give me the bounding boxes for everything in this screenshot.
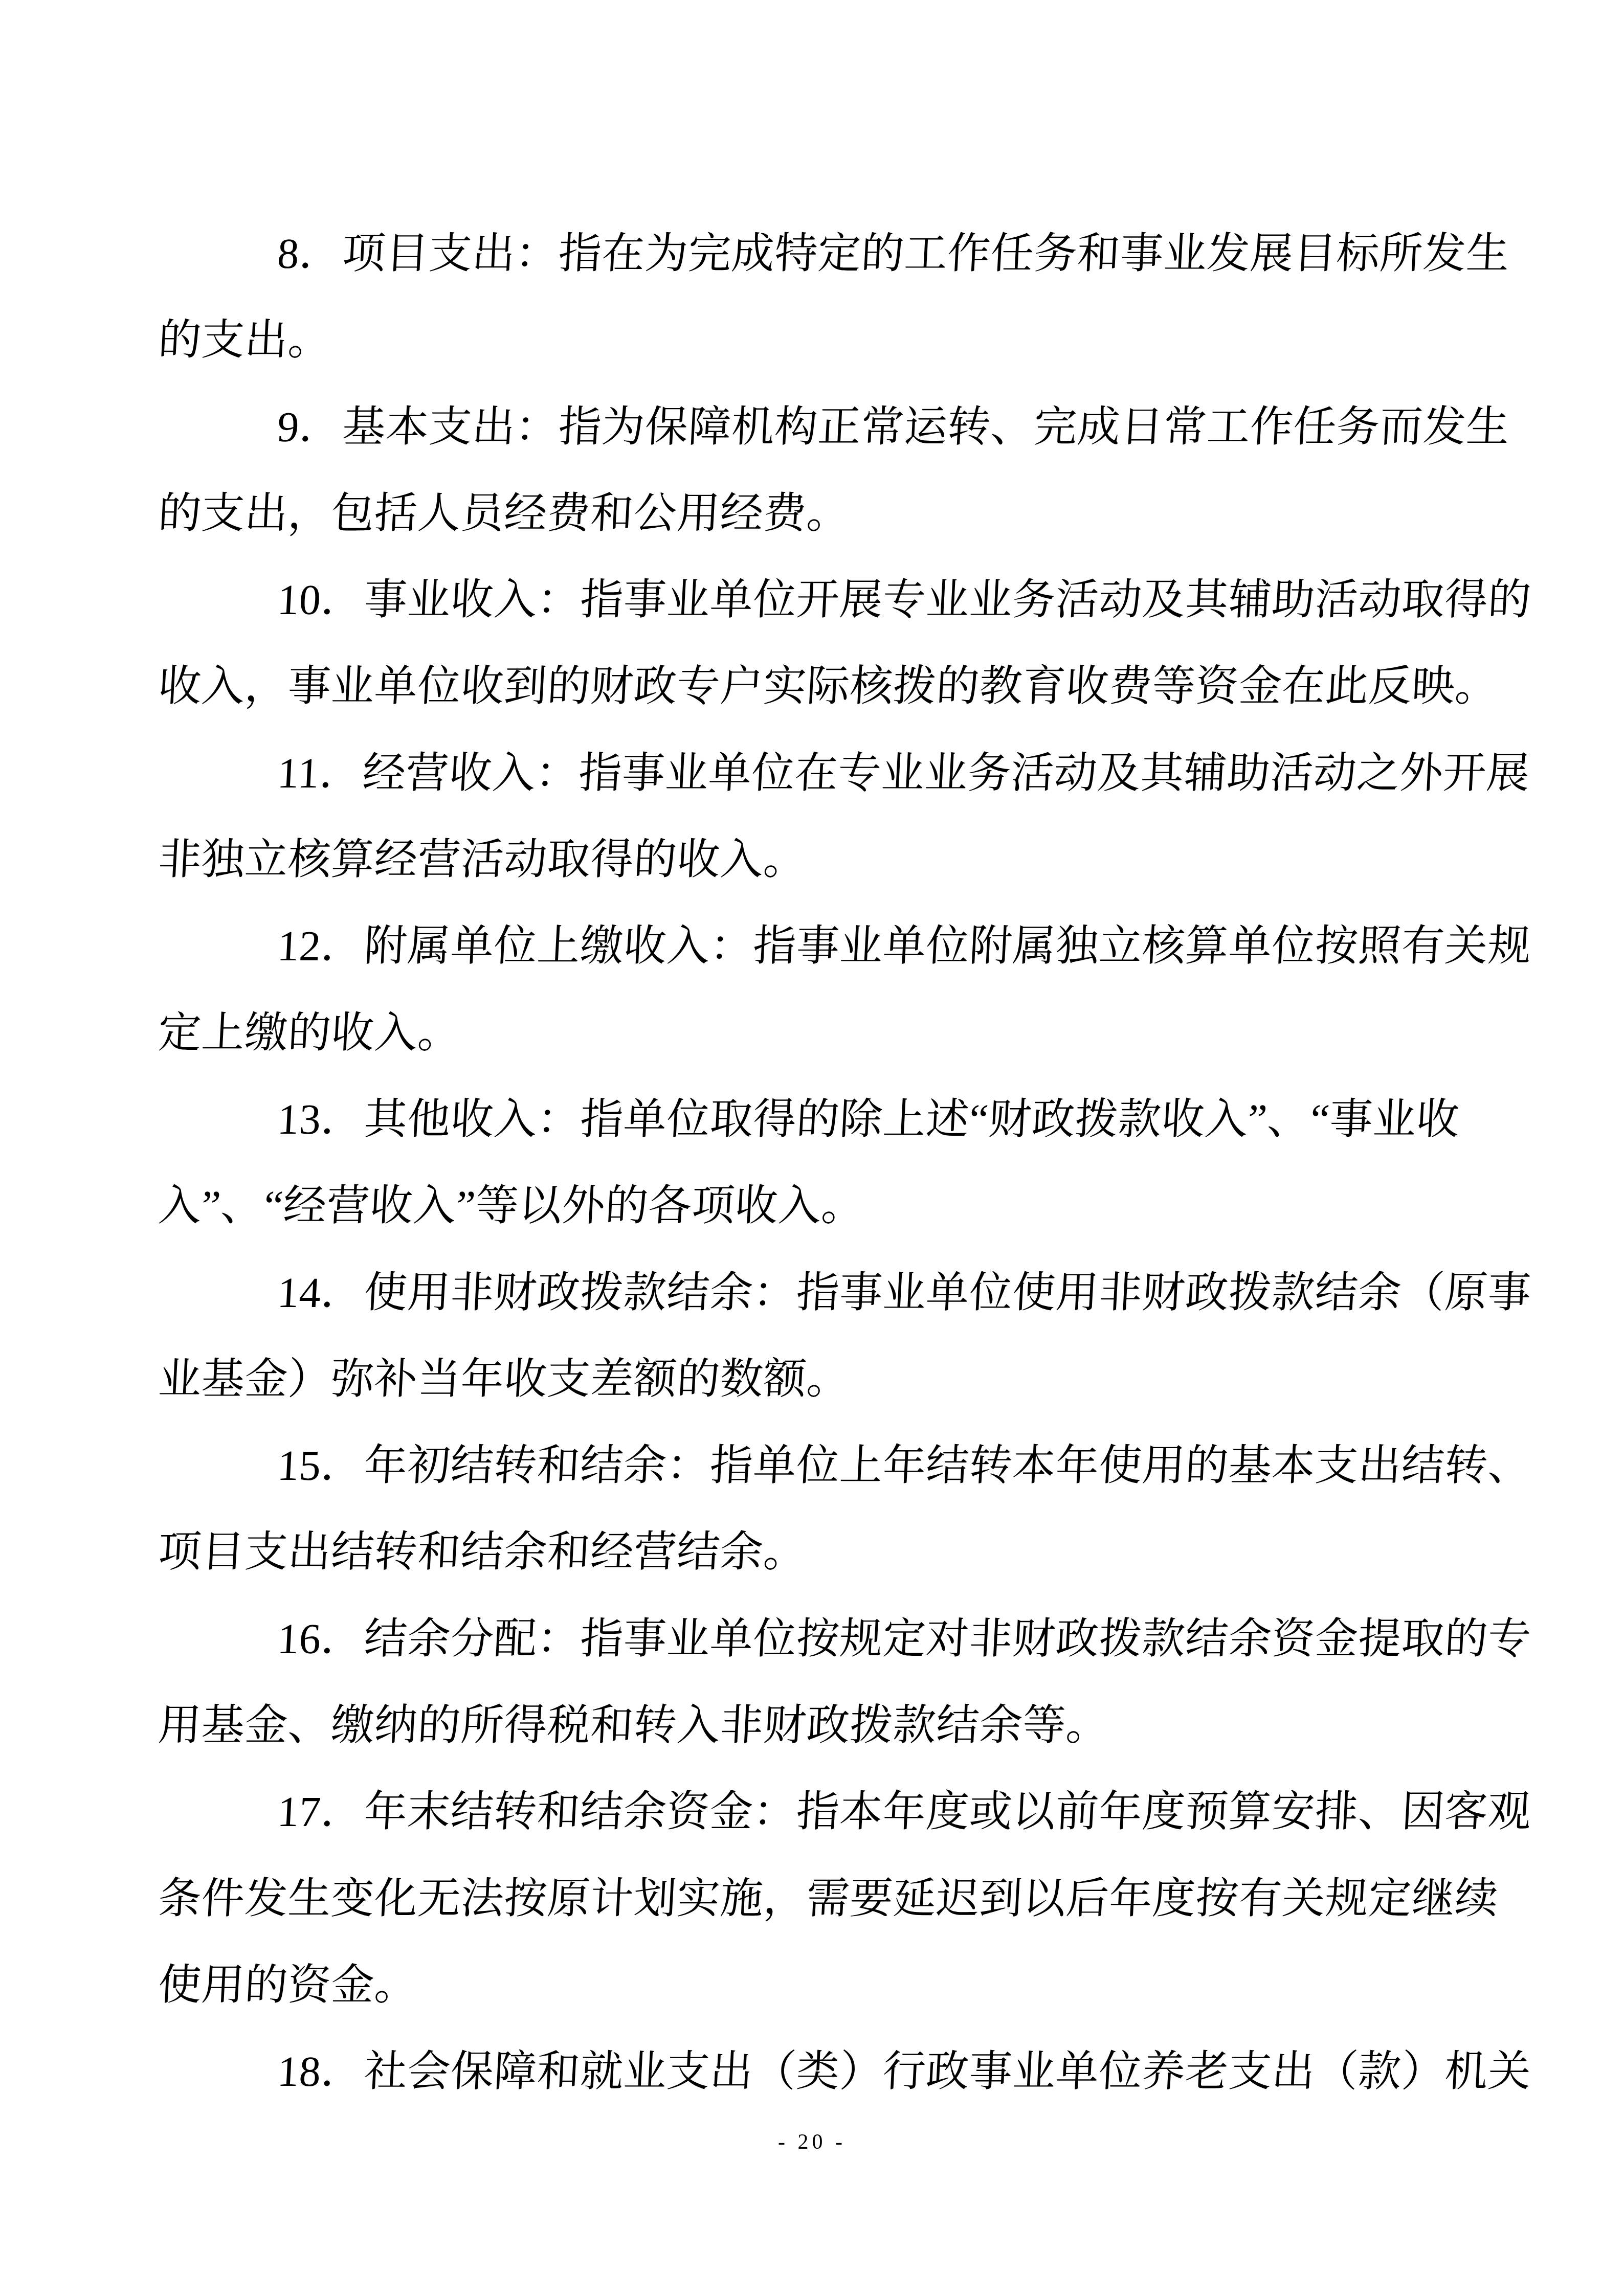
text-line: 用基金、缴纳的所得税和转入非财政拨款结余等。 <box>156 1682 1531 1769</box>
text-line: 项目支出结转和结余和经营结余。 <box>156 1509 1531 1595</box>
text-line: 的支出。 <box>156 297 1531 384</box>
text-line: 16．结余分配：指事业单位按规定对非财政拨款结余资金提取的专 <box>156 1596 1531 1682</box>
text-line: 11．经营收入：指事业单位在专业业务活动及其辅助活动之外开展 <box>156 730 1531 817</box>
text-line: 17．年末结转和结余资金：指本年度或以前年度预算安排、因客观 <box>156 1769 1531 1855</box>
text-line: 业基金）弥补当年收支差额的数额。 <box>156 1336 1531 1423</box>
page-number: - 20 - <box>0 2130 1624 2154</box>
text-line: 使用的资金。 <box>156 1942 1531 2029</box>
text-line: 12．附属单位上缴收入：指事业单位附属独立核算单位按照有关规 <box>156 903 1531 989</box>
text-line: 的支出，包括人员经费和公用经费。 <box>156 470 1531 557</box>
document-page: 8．项目支出：指在为完成特定的工作任务和事业发展目标所发生 的支出。 9．基本支… <box>0 0 1624 2296</box>
text-line: 入”、“经营收入”等以外的各项收入。 <box>156 1163 1531 1249</box>
text-line: 9．基本支出：指为保障机构正常运转、完成日常工作任务而发生 <box>156 384 1531 470</box>
text-line: 8．项目支出：指在为完成特定的工作任务和事业发展目标所发生 <box>156 211 1531 297</box>
text-line: 13．其他收入：指单位取得的除上述“财政拨款收入”、“事业收 <box>156 1076 1531 1163</box>
text-line: 定上缴的收入。 <box>156 990 1531 1076</box>
text-line: 10．事业收入：指事业单位开展专业业务活动及其辅助活动取得的 <box>156 557 1531 643</box>
text-line: 14．使用非财政拨款结余：指事业单位使用非财政拨款结余（原事 <box>156 1250 1531 1336</box>
text-line: 18．社会保障和就业支出（类）行政事业单位养老支出（款）机关 <box>156 2029 1531 2115</box>
text-line: 收入，事业单位收到的财政专户实际核拨的教育收费等资金在此反映。 <box>156 643 1531 730</box>
text-line: 条件发生变化无法按原计划实施，需要延迟到以后年度按有关规定继续 <box>156 1856 1531 1942</box>
page-body: 8．项目支出：指在为完成特定的工作任务和事业发展目标所发生 的支出。 9．基本支… <box>156 211 1527 2115</box>
text-line: 非独立核算经营活动取得的收入。 <box>156 817 1531 903</box>
text-line: 15．年初结转和结余：指单位上年结转本年使用的基本支出结转、 <box>156 1423 1531 1509</box>
